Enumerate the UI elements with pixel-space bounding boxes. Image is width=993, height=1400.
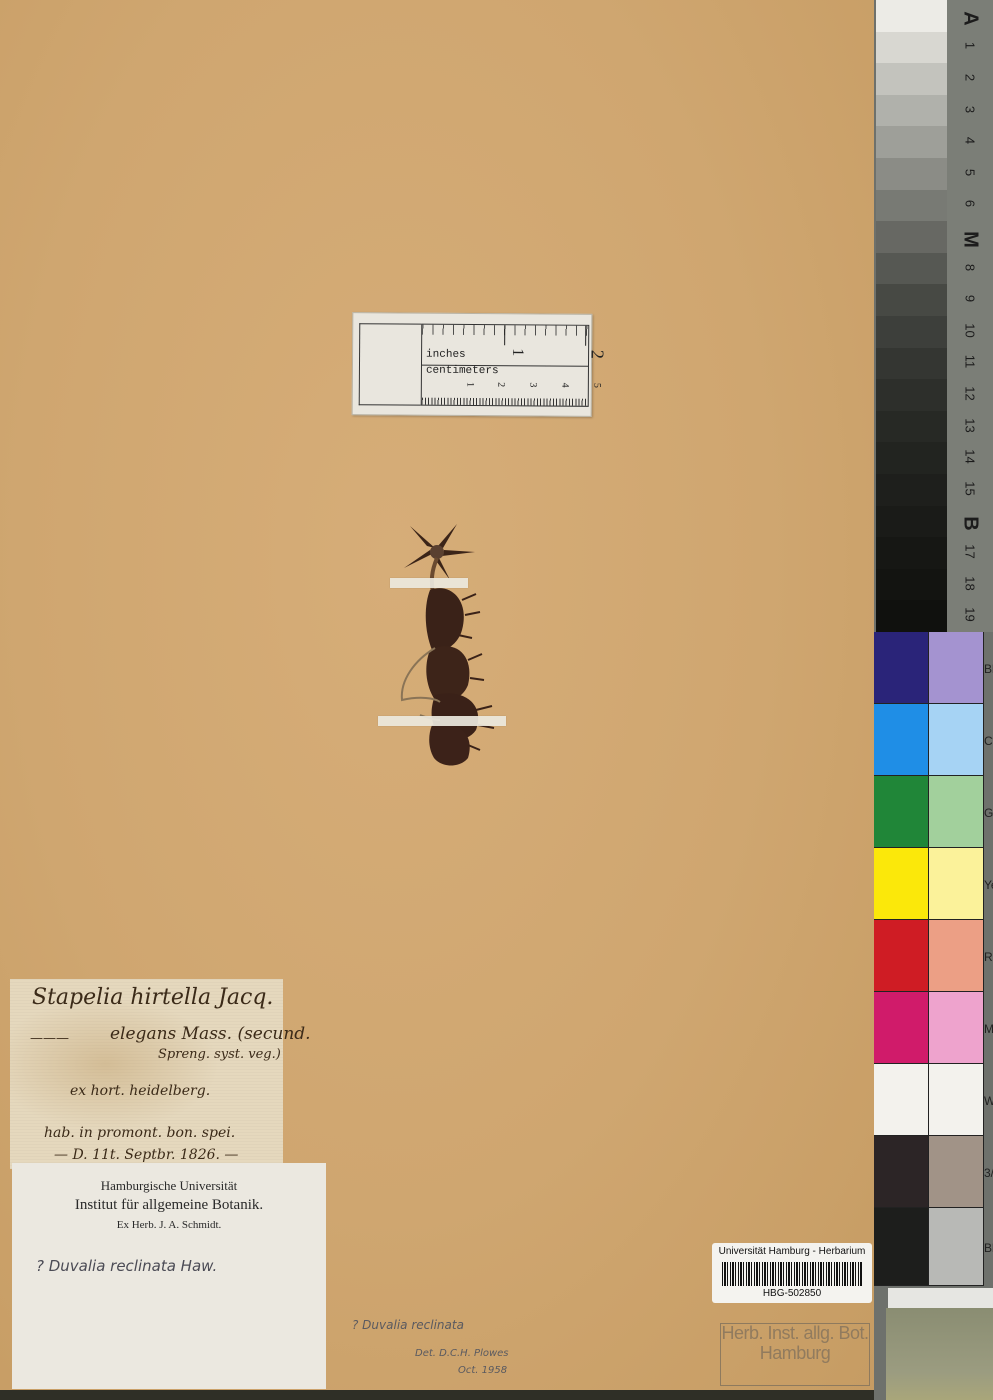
gray-patch: [876, 600, 947, 632]
gray-patch: [876, 506, 947, 538]
determination-det: Det. D.C.H. Plowes: [415, 1348, 509, 1359]
barcode-label: Universität Hamburg - Herbarium HBG-5028…: [712, 1243, 872, 1303]
color-patch-label: Red: [984, 950, 993, 964]
institute-label: Hamburgische Universität Institut für al…: [12, 1163, 326, 1389]
gray-patch: [876, 442, 947, 474]
color-patch-magenta: [874, 992, 984, 1064]
color-patch-white: [874, 1064, 984, 1136]
color-patch-label: White: [984, 1094, 993, 1108]
color-patch-yellow: [874, 848, 984, 920]
ruler-blank-area: [359, 323, 422, 405]
barcode-institution: Universität Hamburg - Herbarium: [712, 1246, 872, 1257]
color-patch-cyan: [874, 704, 984, 776]
mounting-tape: [378, 716, 506, 726]
gray-patch: [876, 379, 947, 411]
color-patch-label: Magenta: [984, 1022, 993, 1036]
gray-patch: [876, 537, 947, 569]
gray-patch: [876, 0, 947, 32]
label-origin: ex hort. heidelberg.: [70, 1083, 210, 1099]
herbarium-stamp: Herb. Inst. allg. Bot. Hamburg: [720, 1323, 870, 1386]
color-patch-blue: [874, 632, 984, 704]
gray-scale-numbers: A123456M89101112131415B171819: [947, 0, 993, 632]
mounting-tape: [390, 578, 468, 588]
determination-name: ? Duvalia reclinata: [352, 1318, 464, 1332]
gray-patch: [876, 284, 947, 316]
institute-university: Hamburgische Universität: [12, 1178, 326, 1194]
institute-collection: Ex Herb. J. A. Schmidt.: [12, 1219, 326, 1231]
scale-ruler: inches 1 2 centimeters 1 2 3 4 5: [352, 312, 593, 417]
color-patch-label: Black: [984, 1241, 993, 1255]
gray-patch: [876, 221, 947, 253]
color-patch-black: [874, 1208, 984, 1286]
gray-patch: [876, 63, 947, 95]
barcode-icon: [722, 1262, 862, 1286]
color-calibration-chart: A123456M89101112131415B171819 BlueCyanGr…: [874, 0, 993, 1400]
plant-specimen: [380, 520, 520, 770]
cm-ticks: [422, 398, 588, 406]
catalog-number: HBG-502850: [712, 1288, 872, 1299]
original-label: Stapelia hirtella Jacq. ——— elegans Mass…: [10, 979, 283, 1169]
inch-mark: 1: [508, 329, 526, 375]
ruler-scale: inches 1 2 centimeters 1 2 3 4 5: [421, 324, 590, 407]
color-patch-label: 3/Color: [984, 1166, 993, 1180]
label-synonym: elegans Mass. (secund.: [110, 1024, 311, 1044]
stapelia-plant-icon: [380, 520, 520, 770]
determination-date: Oct. 1958: [458, 1365, 507, 1376]
color-patch-red: [874, 920, 984, 992]
gray-patch: [876, 474, 947, 506]
color-patch-label: Blue: [984, 662, 993, 676]
color-patch-label: Yellow: [984, 878, 993, 892]
gray-patch: [876, 569, 947, 601]
color-patches: [874, 632, 984, 1286]
color-patch-label: Cyan: [984, 734, 993, 748]
gray-patch: [876, 126, 947, 158]
gray-patch: [876, 32, 947, 64]
gray-patch: [876, 158, 947, 190]
inches-label: inches: [426, 349, 466, 361]
gray-patch: [876, 95, 947, 127]
gray-scale-strip: [876, 0, 947, 632]
gray-patch: [876, 190, 947, 222]
centimeters-label: centimeters: [426, 365, 499, 378]
label-taxon-name: Stapelia hirtella Jacq.: [32, 985, 273, 1010]
color-patch-3color: [874, 1136, 984, 1208]
cm-mark: 5: [591, 362, 602, 408]
institute-annotation: ? Duvalia reclinata Haw.: [36, 1257, 217, 1275]
gray-patch: [876, 411, 947, 443]
color-patch-green: [874, 776, 984, 848]
gray-patch: [876, 348, 947, 380]
label-habitat: hab. in promont. bon. spei.: [44, 1125, 235, 1141]
label-date: — D. 11t. Septbr. 1826. —: [54, 1147, 238, 1163]
gray-patch: [876, 316, 947, 348]
gray-patch: [876, 253, 947, 285]
color-patch-label: Green: [984, 806, 993, 820]
institute-name: Institut für allgemeine Botanik.: [12, 1197, 326, 1214]
gray-scale-label: 19: [963, 592, 978, 638]
